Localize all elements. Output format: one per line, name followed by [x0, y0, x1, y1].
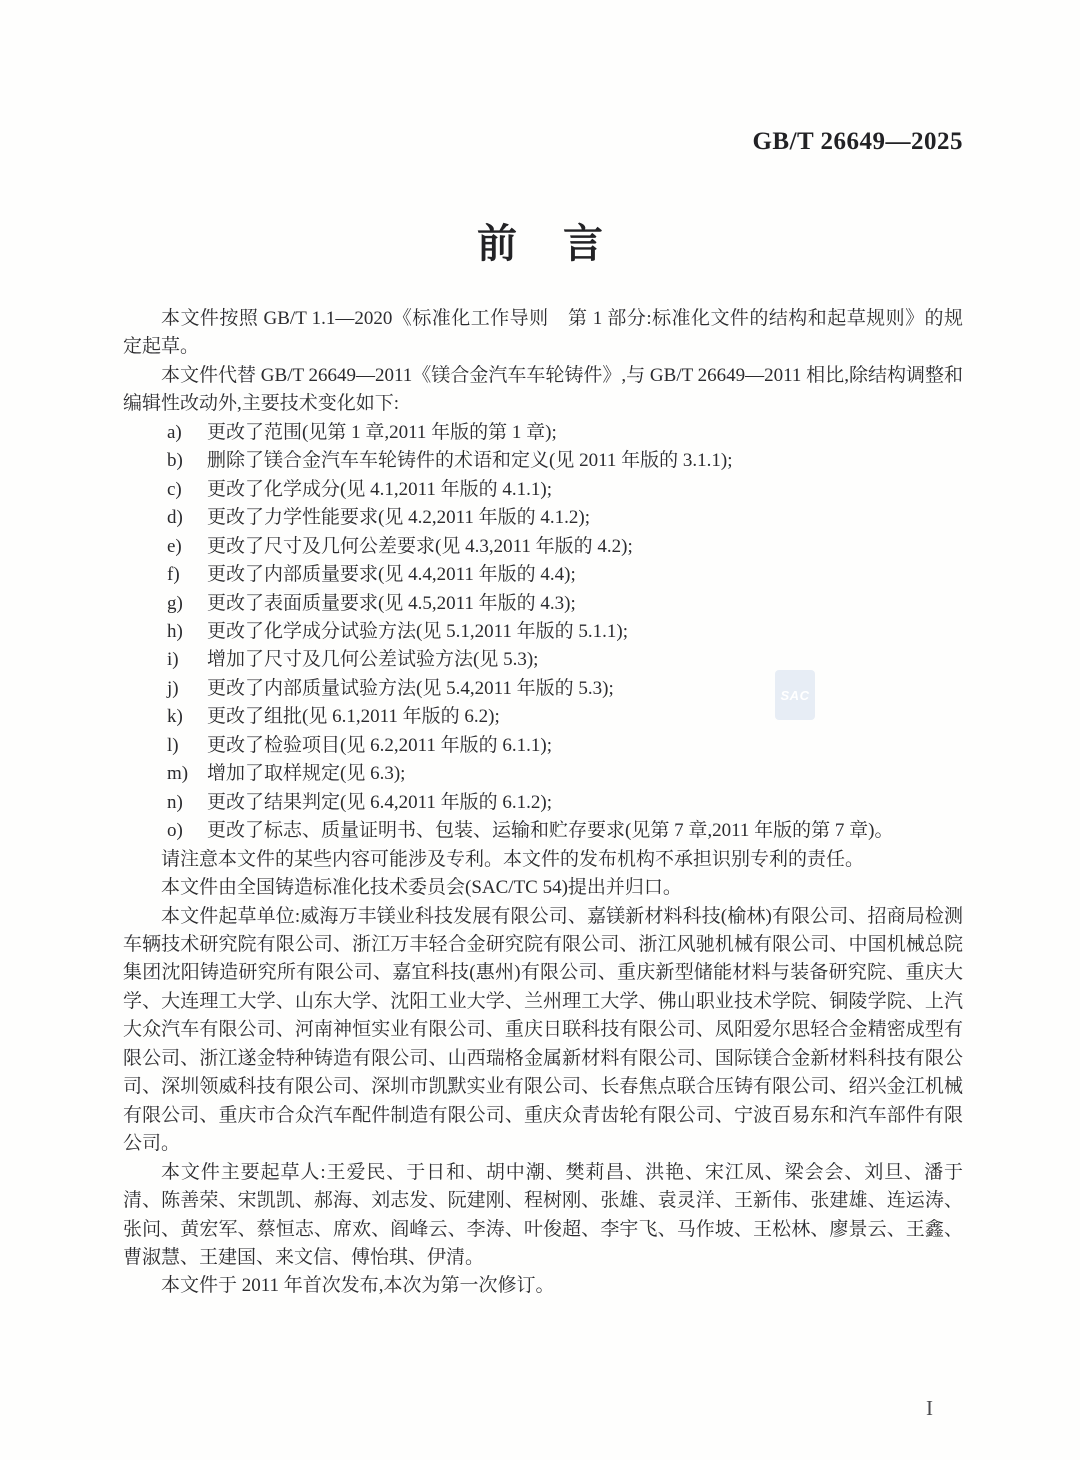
change-item-marker: n): [167, 789, 183, 817]
change-item-text: 更改了力学性能要求(见 4.2,2011 年版的 4.1.2);: [207, 507, 590, 528]
standard-number: GB/T 26649—2025: [752, 128, 963, 156]
change-item-marker: d): [167, 504, 183, 532]
change-item: a) 更改了范围(见第 1 章,2011 年版的第 1 章);: [123, 419, 963, 447]
changes-list: a) 更改了范围(见第 1 章,2011 年版的第 1 章); b) 删除了镁合…: [123, 419, 963, 846]
paragraph-replacement-note: 本文件代替 GB/T 26649—2011《镁合金汽车车轮铸件》,与 GB/T …: [123, 362, 963, 419]
change-item-marker: m): [167, 760, 188, 788]
change-item: m) 增加了取样规定(见 6.3);: [123, 760, 963, 788]
change-item-text: 更改了范围(见第 1 章,2011 年版的第 1 章);: [207, 422, 557, 443]
change-item-marker: h): [167, 618, 183, 646]
change-item: h) 更改了化学成分试验方法(见 5.1,2011 年版的 5.1.1);: [123, 618, 963, 646]
change-item: n) 更改了结果判定(见 6.4,2011 年版的 6.1.2);: [123, 789, 963, 817]
change-item-marker: f): [167, 561, 180, 589]
change-item-text: 更改了尺寸及几何公差要求(见 4.3,2011 年版的 4.2);: [207, 536, 633, 557]
change-item-marker: o): [167, 817, 183, 845]
change-item-marker: j): [167, 675, 179, 703]
paragraph-committee: 本文件由全国铸造标准化技术委员会(SAC/TC 54)提出并归口。: [123, 874, 963, 902]
change-item-marker: a): [167, 419, 182, 447]
change-item: c) 更改了化学成分(见 4.1,2011 年版的 4.1.1);: [123, 476, 963, 504]
foreword-body: 本文件按照 GB/T 1.1—2020《标准化工作导则 第 1 部分:标准化文件…: [123, 305, 963, 1301]
change-item-text: 删除了镁合金汽车车轮铸件的术语和定义(见 2011 年版的 3.1.1);: [207, 450, 732, 471]
change-item-text: 增加了尺寸及几何公差试验方法(见 5.3);: [207, 649, 538, 670]
change-item-marker: c): [167, 476, 182, 504]
change-item: f) 更改了内部质量要求(见 4.4,2011 年版的 4.4);: [123, 561, 963, 589]
change-item-text: 更改了表面质量要求(见 4.5,2011 年版的 4.3);: [207, 593, 576, 614]
change-item-marker: b): [167, 447, 183, 475]
change-item-text: 更改了内部质量要求(见 4.4,2011 年版的 4.4);: [207, 564, 576, 585]
page-title: 前言: [0, 212, 1080, 269]
paragraph-drafting-organizations: 本文件起草单位:威海万丰镁业科技发展有限公司、嘉镁新材料科技(榆林)有限公司、招…: [123, 903, 963, 1159]
change-item: g) 更改了表面质量要求(见 4.5,2011 年版的 4.3);: [123, 590, 963, 618]
change-item-text: 更改了化学成分试验方法(见 5.1,2011 年版的 5.1.1);: [207, 621, 628, 642]
change-item-marker: g): [167, 590, 183, 618]
change-item-text: 更改了检验项目(见 6.2,2011 年版的 6.1.1);: [207, 735, 552, 756]
change-item-text: 更改了内部质量试验方法(见 5.4,2011 年版的 5.3);: [207, 678, 614, 699]
change-item-text: 更改了组批(见 6.1,2011 年版的 6.2);: [207, 706, 500, 727]
change-item-marker: i): [167, 646, 179, 674]
change-item-text: 更改了标志、质量证明书、包装、运输和贮存要求(见第 7 章,2011 年版的第 …: [207, 820, 893, 841]
change-item-marker: k): [167, 703, 183, 731]
change-item: o) 更改了标志、质量证明书、包装、运输和贮存要求(见第 7 章,2011 年版…: [123, 817, 963, 845]
change-item: j) 更改了内部质量试验方法(见 5.4,2011 年版的 5.3);: [123, 675, 963, 703]
change-item-marker: e): [167, 533, 182, 561]
change-item: k) 更改了组批(见 6.1,2011 年版的 6.2);: [123, 703, 963, 731]
paragraph-main-drafters: 本文件主要起草人:王爱民、于日和、胡中潮、樊莉昌、洪艳、宋江凤、梁会会、刘旦、潘…: [123, 1159, 963, 1273]
change-item: b) 删除了镁合金汽车车轮铸件的术语和定义(见 2011 年版的 3.1.1);: [123, 447, 963, 475]
document-page: GB/T 26649—2025 前言 SAC 本文件按照 GB/T 1.1—20…: [0, 0, 1080, 1460]
change-item: e) 更改了尺寸及几何公差要求(见 4.3,2011 年版的 4.2);: [123, 533, 963, 561]
change-item: i) 增加了尺寸及几何公差试验方法(见 5.3);: [123, 646, 963, 674]
page-number: I: [926, 1396, 933, 1421]
change-item-text: 增加了取样规定(见 6.3);: [207, 763, 405, 784]
change-item-marker: l): [167, 732, 179, 760]
change-item: d) 更改了力学性能要求(见 4.2,2011 年版的 4.1.2);: [123, 504, 963, 532]
change-item-text: 更改了化学成分(见 4.1,2011 年版的 4.1.1);: [207, 479, 552, 500]
change-item: l) 更改了检验项目(见 6.2,2011 年版的 6.1.1);: [123, 732, 963, 760]
paragraph-revision-history: 本文件于 2011 年首次发布,本次为第一次修订。: [123, 1272, 963, 1300]
paragraph-drafting-basis: 本文件按照 GB/T 1.1—2020《标准化工作导则 第 1 部分:标准化文件…: [123, 305, 963, 362]
paragraph-patent-note: 请注意本文件的某些内容可能涉及专利。本文件的发布机构不承担识别专利的责任。: [123, 846, 963, 874]
change-item-text: 更改了结果判定(见 6.4,2011 年版的 6.1.2);: [207, 792, 552, 813]
